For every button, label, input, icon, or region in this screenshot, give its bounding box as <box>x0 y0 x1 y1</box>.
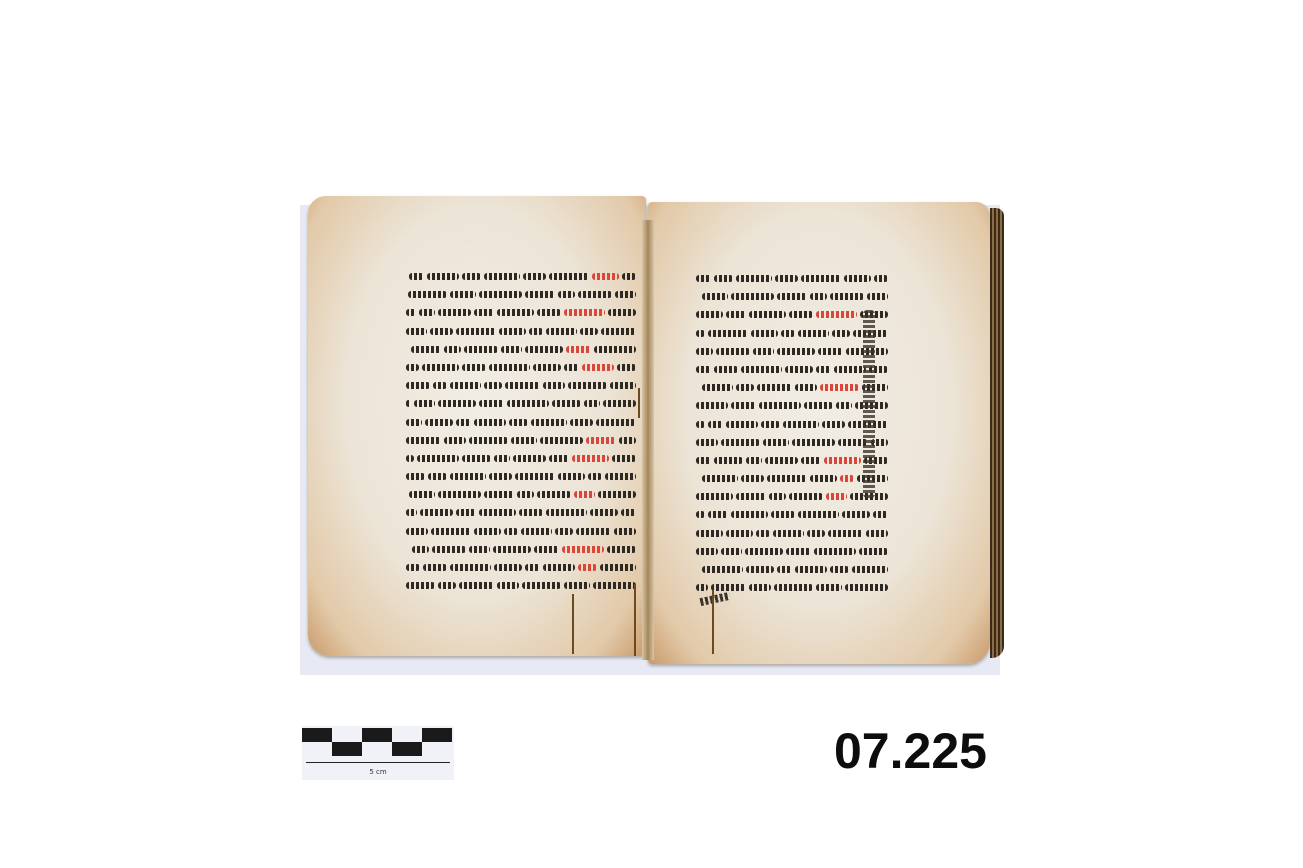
text-line <box>400 432 636 450</box>
text-line <box>400 304 636 322</box>
scale-arrow <box>306 762 450 763</box>
text-line <box>400 523 636 541</box>
text-line <box>400 377 636 395</box>
text-line <box>400 577 636 595</box>
text-line <box>690 561 888 579</box>
text-line <box>400 541 636 559</box>
text-line <box>690 379 888 397</box>
page-edges <box>990 208 1004 658</box>
scale-bar: 5 cm <box>302 726 454 780</box>
margin-note <box>863 310 875 498</box>
text-line <box>690 452 888 470</box>
text-line <box>400 450 636 468</box>
text-line <box>690 543 888 561</box>
text-line <box>690 288 888 306</box>
text-line <box>400 486 636 504</box>
text-line <box>400 504 636 522</box>
text-line <box>400 341 636 359</box>
damage-crack <box>572 594 574 654</box>
damage-crack <box>712 590 714 654</box>
text-line <box>400 286 636 304</box>
text-line <box>690 488 888 506</box>
accession-number: 07.225 <box>834 722 987 780</box>
text-line <box>690 470 888 488</box>
text-line <box>690 506 888 524</box>
right-page-text <box>690 270 888 597</box>
text-line <box>690 525 888 543</box>
manuscript <box>308 192 1004 664</box>
damage-crack <box>638 388 640 418</box>
text-line <box>400 268 636 286</box>
text-line <box>690 416 888 434</box>
text-line <box>400 559 636 577</box>
text-line <box>400 359 636 377</box>
left-page-text <box>400 268 636 595</box>
text-line <box>690 343 888 361</box>
gutter <box>642 220 654 660</box>
text-line <box>400 468 636 486</box>
text-line <box>690 434 888 452</box>
text-line <box>690 306 888 324</box>
text-line <box>400 323 636 341</box>
text-line <box>690 325 888 343</box>
scale-label: 5 cm <box>302 768 454 776</box>
text-line <box>690 397 888 415</box>
text-line <box>690 361 888 379</box>
text-line <box>400 395 636 413</box>
text-line <box>400 414 636 432</box>
text-line <box>690 270 888 288</box>
damage-crack <box>634 584 636 656</box>
